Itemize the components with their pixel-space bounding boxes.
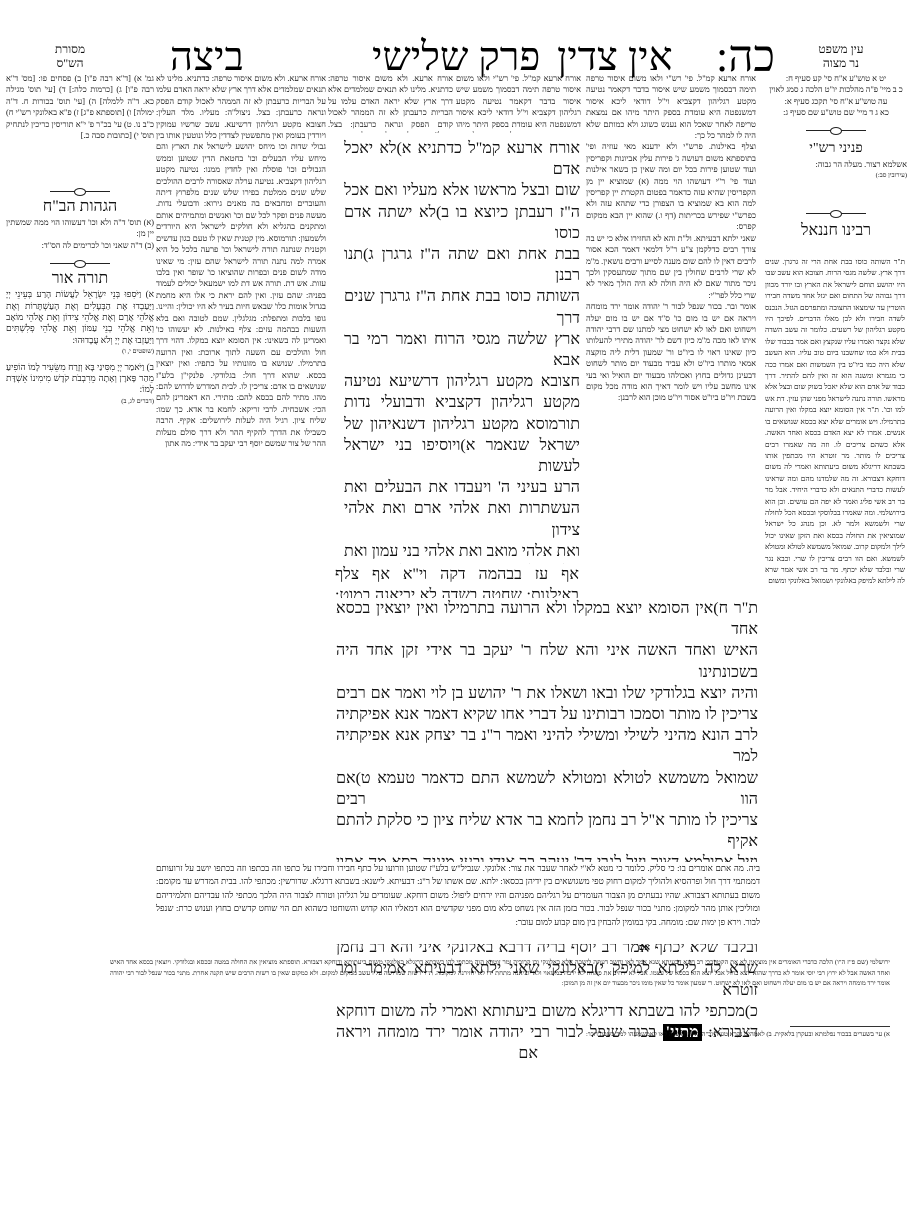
ornament-divider [765, 127, 907, 135]
ein-mishpat-entry: יט א טוש"ע א"ח סי' קע סעיף ח: [765, 73, 907, 84]
ein-mishpat-header: עין משפט נר מצוה [806, 42, 876, 70]
gemara-line: העשתרות ואת אלהי ארם ואת אלהי צידון [344, 498, 580, 540]
tractate-name: ביצה [170, 37, 244, 77]
chapter-name: אין צדין [557, 37, 673, 77]
gemara-line: ישראל שנאמר א)ויוסיפו בני ישראל לעשות [344, 435, 580, 477]
tosafot-dibbur: וצלף באילנות. פרש"י ולא ידענא מאי עוזיה … [586, 141, 756, 232]
yerushalmi-tosefta-text: ירושלמי (שם פ"ז ה"ו) הלכה כדברי האומרים … [110, 958, 890, 1028]
gemara-line: תורמוסא מקטע רגליהון דשנאיהון של [344, 414, 580, 435]
torah-or-title: תורה אור [6, 269, 154, 289]
gemara-line: הרע בעיני ה' ויעבדו את הבעלים ואת [344, 477, 580, 498]
pninei-rashi-note: (עירובין סב:) [765, 170, 907, 181]
tosafot-dibbur: אורח ארעא קמ"ל. פי' רש"י ולאו משום איסור… [586, 73, 756, 141]
pninei-rashi-title: פניני רש"י [765, 139, 907, 159]
masoret-hashas-text: גמ' א) [ד"א רבה פ"ו] ב) פסחים פו: [מס' ד… [6, 73, 154, 181]
hagahot-habach-title: הגהות הב"ח [6, 197, 154, 217]
gemara-line: צריכין לו מותר א"ל רב נחמן לחמא בר אדא ש… [336, 810, 758, 852]
gemara-line: ארץ שלשה מגסי הרוח ואמר רמי בר אבא [344, 329, 580, 371]
chapter-title: פרק שלישי [372, 37, 540, 77]
gemara-line: והיה יוצא בגלודקי שלו ובאו ושאלו את ר' י… [336, 683, 758, 704]
gemara-line: לרב הונא מהיני לשילי ומשילי להיני ואמר ר… [336, 725, 758, 767]
rashi-top-band: אורח ארעא. ולא משום איסור טרפה: כדתניא. … [328, 73, 453, 133]
ornament-divider [765, 209, 907, 217]
ein-mishpat-column: יט א טוש"ע א"ח סי' קע סעיף ח: כ ב מיי' פ… [765, 73, 907, 241]
ornament-divider [6, 259, 154, 267]
gemara-line: ה"ז רעבתן כיוצא בו ב)לא ישתה אדם כוסו [344, 202, 580, 244]
ein-mishpat-entry: כ ב מיי' פ"ה מהלכות יו"ט הלכה ג סמג לאוי… [765, 84, 907, 107]
gemara-line: ת"ר ח)אין הסומא יוצא במקלו ולא הרועה בתר… [336, 598, 758, 640]
tosafot-top-band: אורח ארעא קמ"ל. פי' רש"י ולאו משום איסור… [456, 73, 581, 133]
ornament-divider [6, 187, 154, 195]
gemara-line: צריכין לו מותר וסמכו רבותינו על דברי אחו… [336, 704, 758, 725]
gemara-line: שמואל משמשא לטולא ומטולא לשמשא התם כדאמר… [336, 768, 758, 810]
gemara-line: אורח ארעא קמ"ל כדתניא א)לא יאכל אדם [344, 138, 580, 180]
rabbeinu-chananel-text: ת"ר השותה כוסו בבת אחת הרי זה גרגרן. שני… [765, 256, 905, 971]
rabbeinu-chananel-title: רבינו חננאל [765, 221, 907, 241]
torah-or-source: (שופטים י, ו) [6, 346, 154, 357]
hagahot-habach-entry: (ב) ד"ה שאני וכו' לכרימים לה הס"ד: [6, 240, 154, 251]
footnote-text: א) עי' בשערים בבכור נפלמתא ובעקרן בלאקית… [300, 1030, 890, 1042]
gemara-line: ואת אלהי מואב ואת אלהי בני עמון ואת [344, 541, 580, 562]
tosafot-dibbur: שאני ילתא דבעיתא. ול"ת והא לא החזירו אלא… [586, 233, 756, 301]
footnote-rule [790, 1026, 890, 1027]
gemara-line: חצובא מקטע רגליהון דרשיעא נטיעה [344, 371, 580, 392]
pninei-rashi-text: אשלמא רצור. מעלה הר גבוה: [765, 159, 907, 170]
ein-mishpat-entry: כא ג ד מיי' שם טוש"ע שם סעיף ג: [765, 107, 907, 118]
gemara-line: השותה כוסו בבת אחת ה"ז גרגרן שנים דרך [344, 286, 580, 328]
torah-or-verse: ב) וַיֹּאמַר יְיָ מִסִּינַי בָּא וְזָרַח… [6, 362, 154, 396]
rashi-bottom-text: ביה. מה אתם אומרים בו: כי סליק. כלומר כי… [156, 862, 760, 944]
rashi-bottom-last: אם [600, 942, 650, 953]
gemara-last-word: אם [336, 1043, 758, 1064]
gemara-line: האיש ואחד האשה איני והא שלח ר' יעקב בר א… [336, 640, 758, 682]
torah-or-source: (דברים לג, ב) [6, 396, 154, 407]
tosafot-dibbur: אומר ובר. בכור שנפל לבור ר' יהודה אומר י… [586, 301, 756, 404]
gemara-line: בבת אחת ואם שתה ה"ז גרגרן ג)תנו רבנן [344, 244, 580, 286]
torah-or-verse: א) וַיֹּסִפוּ בְּנֵי יִשְׂרָאֵל לַעֲשׂוֹ… [6, 289, 154, 346]
masoret-hashas-column: גמ' א) [ד"א רבה פ"ו] ב) פסחים פו: [מס' ד… [6, 73, 154, 407]
hagahot-habach-entry: (א) תוס' ד"ה ולא וכו' דעשוהו הוי ממה שמש… [6, 217, 154, 240]
gemara-line: מקטע רגליהון דקצביא ודבועלי נדות [344, 392, 580, 413]
rashi-column: אורח ארעא. ולא משום איסור טרפה: כדתניא. … [156, 73, 326, 859]
masoret-hashas-header: מסורת הש"ס [40, 42, 100, 70]
gemara-line: שום ובצל מראשו אלא מעליו ואם אכל [344, 180, 580, 201]
